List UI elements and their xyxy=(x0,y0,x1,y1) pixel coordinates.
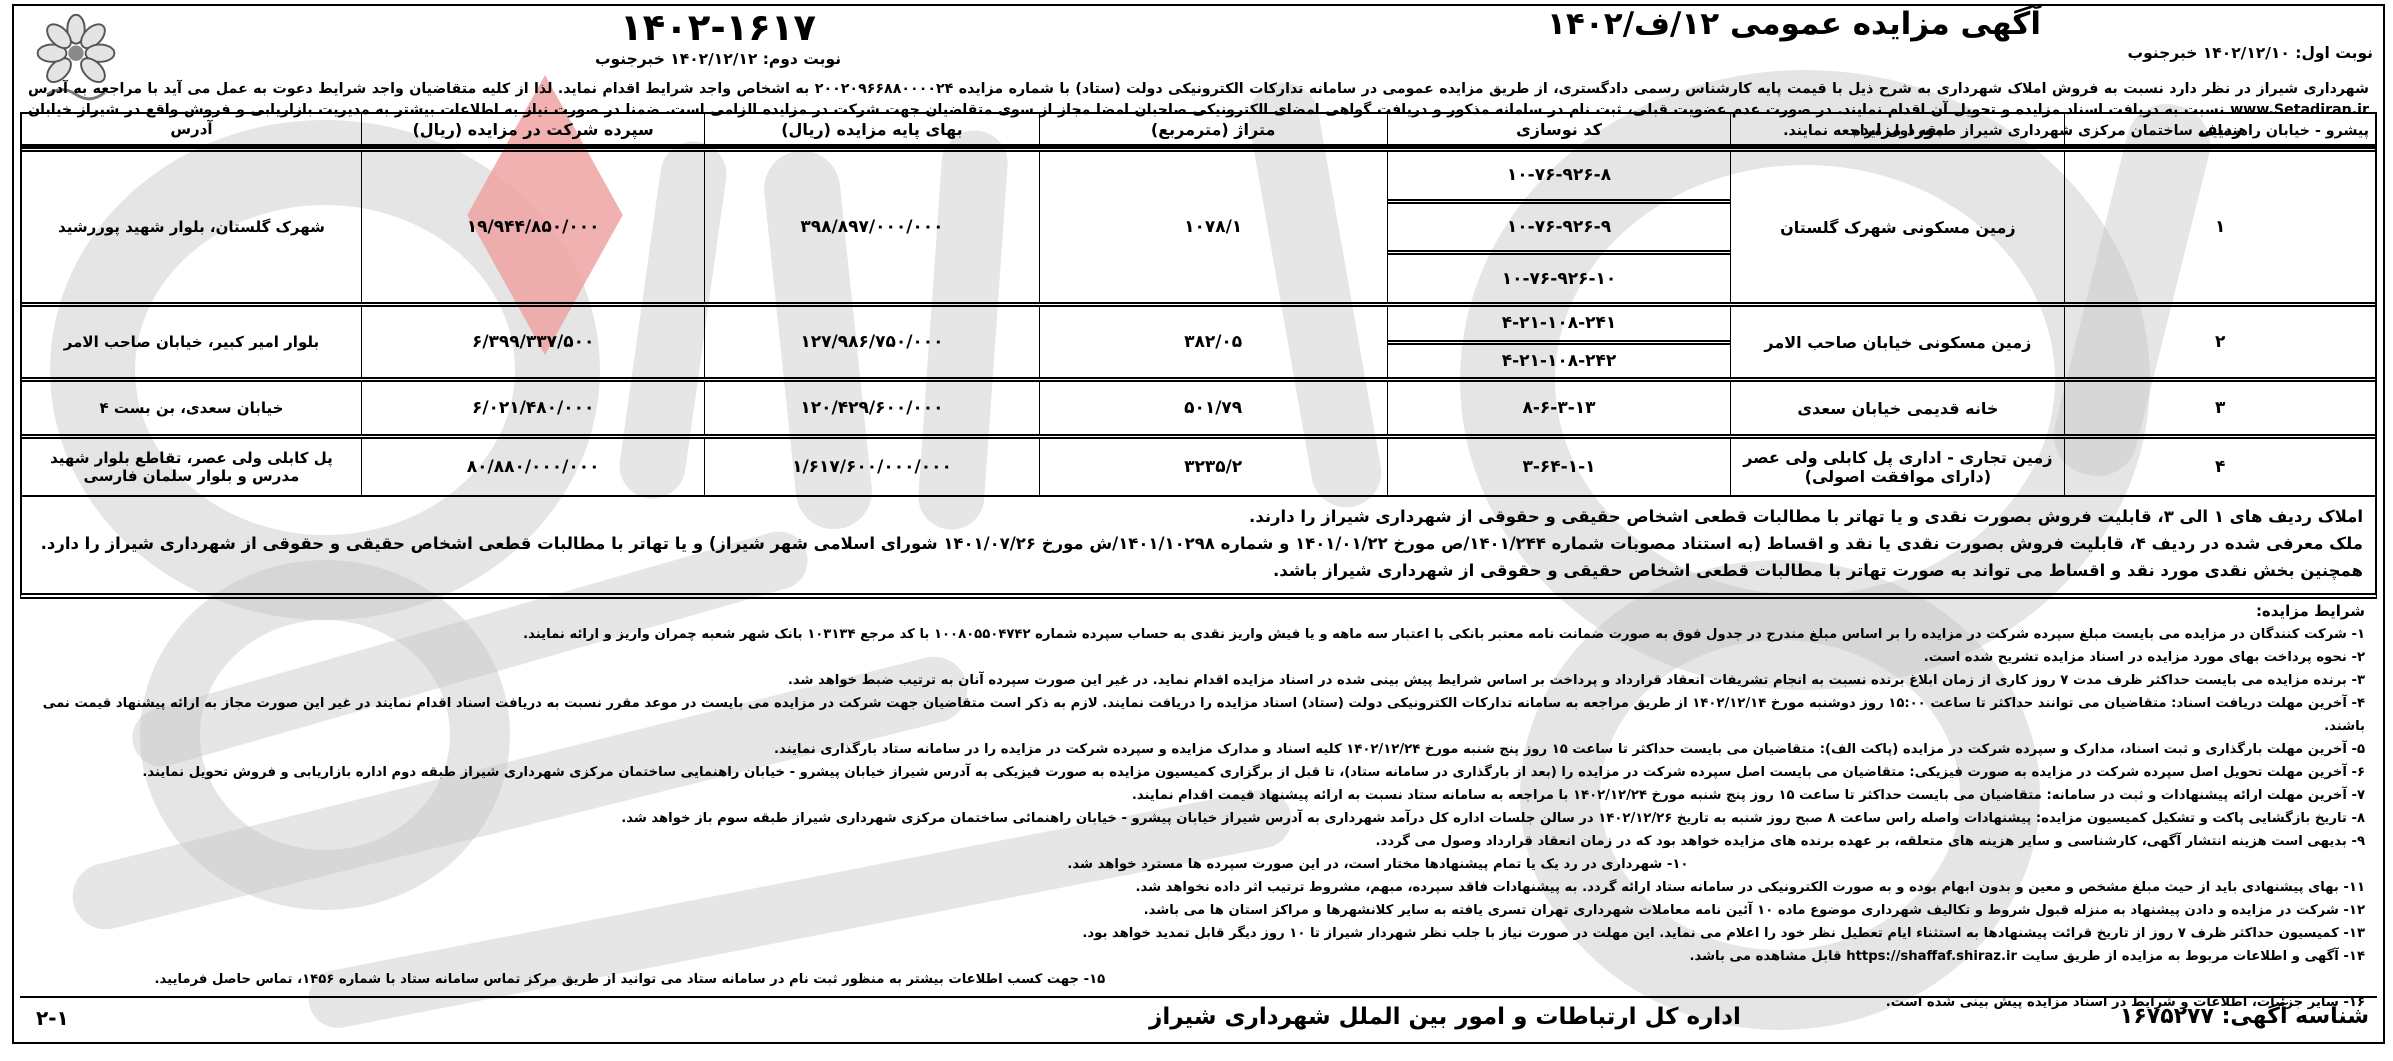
col-header-item: مورد مزایده xyxy=(1730,114,2064,144)
conditions-heading: شرایط مزایده: xyxy=(32,600,2365,623)
renovation-code: ۱۰-۷۶-۹۲۶-۸ xyxy=(1388,152,1731,199)
condition-item: ۶- آخرین مهلت تحویل اصل سپرده شرکت در مز… xyxy=(32,761,2365,784)
auction-item: زمین مسکونی خیابان صاحب الامر xyxy=(1730,307,2064,377)
deposit-value: ۶/۰۲۱/۴۸۰/۰۰۰ xyxy=(472,398,594,418)
renovation-code: ۱۰-۷۶-۹۲۶-۹ xyxy=(1388,199,1731,251)
renovation-code: ۳-۶۴-۱-۱ xyxy=(1523,457,1596,477)
base-price-value: ۳۹۸/۸۹۷/۰۰۰/۰۰۰ xyxy=(800,217,943,237)
first-run-date: نوبت اول: ۱۴۰۲/۱۲/۱۰ خبرجنوب xyxy=(2128,44,2374,62)
auction-ad: نوبت اول: ۱۴۰۲/۱۲/۱۰ خبرجنوب آگهی مزایده… xyxy=(12,4,2385,1044)
condition-item: ۱۲- شرکت در مزایده و دادن پیشنهاد به منز… xyxy=(32,899,2365,922)
renovation-codes: ۱۰-۷۶-۹۲۶-۸ ۱۰-۷۶-۹۲۶-۹ ۱۰-۷۶-۹۲۶-۱۰ xyxy=(1387,152,1731,302)
condition-item: ۷- آخرین مهلت ارائه پیشنهادات و ثبت در س… xyxy=(32,784,2365,807)
note-line: همچنین بخش نقدی مورد نقد و اقساط می توان… xyxy=(34,557,2363,584)
condition-item: ۹- بدیهی است هزینه انتشار آگهی، کارشناسی… xyxy=(32,830,2365,853)
address-value: بلوار امیر کبیر، خیابان صاحب الامر xyxy=(22,307,361,377)
deposit-value: ۸۰/۸۸۰/۰۰۰/۰۰۰ xyxy=(467,457,600,477)
base-price-value: ۱/۶۱۷/۶۰۰/۰۰۰/۰۰۰ xyxy=(792,457,952,477)
newspaper-ad-page: نوبت اول: ۱۴۰۲/۱۲/۱۰ خبرجنوب آگهی مزایده… xyxy=(0,0,2393,1061)
sale-notes: املاک ردیف های ۱ الی ۳، قابلیت فروش بصور… xyxy=(20,496,2377,599)
note-line: املاک ردیف های ۱ الی ۳، قابلیت فروش بصور… xyxy=(34,503,2363,530)
row-number: ۲ xyxy=(2064,307,2375,377)
auction-item-line1: زمین تجاری - اداری پل کابلی ولی عصر xyxy=(1743,448,2052,467)
base-price-value: ۱۲۰/۴۲۹/۶۰۰/۰۰۰ xyxy=(800,398,943,418)
deposit-value: ۱۹/۹۴۴/۸۵۰/۰۰۰ xyxy=(467,217,600,237)
page-number: ۲-۱ xyxy=(36,1006,69,1030)
col-header-base-price: بهای پایه مزایده (ریال) xyxy=(704,114,1038,144)
condition-item: ۱۵- جهت کسب اطلاعات بیشتر به منظور ثبت ن… xyxy=(32,968,1105,991)
condition-item: ۲- نحوه پرداخت بهای مورد مزایده در اسناد… xyxy=(32,646,2365,669)
issuing-department: اداره کل ارتباطات و امور بین الملل شهردا… xyxy=(970,1004,1920,1030)
condition-item: ۵- آخرین مهلت بارگذاری و ثبت اسناد، مدار… xyxy=(32,738,2365,761)
renovation-code: ۴-۲۱-۱۰۸-۲۴۲ xyxy=(1388,340,1731,378)
area-value: ۳۸۲/۰۵ xyxy=(1184,332,1242,352)
auction-item: زمین مسکونی شهرک گلستان xyxy=(1730,152,2064,302)
area-value: ۱۰۷۸/۱ xyxy=(1184,217,1242,237)
area-value: ۵۰۱/۷۹ xyxy=(1184,398,1242,418)
table-header-row: ردیف مورد مزایده کد نوسازی متراژ (مترمرب… xyxy=(22,114,2375,147)
auction-item: زمین تجاری - اداری پل کابلی ولی عصر (دار… xyxy=(1730,439,2064,495)
table-row: ۴ زمین تجاری - اداری پل کابلی ولی عصر (د… xyxy=(22,434,2375,495)
row-number: ۳ xyxy=(2064,382,2375,434)
auction-conditions: شرایط مزایده: ۱- شرکت کنندگان در مزایده … xyxy=(20,598,2377,1016)
condition-item: ۱۳- کمیسیون حداکثر ظرف ۷ روز از تاریخ قر… xyxy=(32,922,2365,945)
col-header-area: متراژ (مترمربع) xyxy=(1039,114,1387,144)
renovation-code: ۸-۶-۳-۱۳ xyxy=(1523,398,1596,418)
auction-table: ردیف مورد مزایده کد نوسازی متراژ (مترمرب… xyxy=(20,112,2377,497)
condition-item: ۳- برنده مزایده می بایست حداکثر ظرف مدت … xyxy=(32,669,2365,692)
condition-item: ۴- آخرین مهلت دریافت اسناد: متقاضیان می … xyxy=(32,692,2365,738)
address-value: خیابان سعدی، بن بست ۴ xyxy=(22,382,361,434)
col-header-deposit: سپرده شرکت در مزایده (ریال) xyxy=(361,114,705,144)
col-header-address: آدرس xyxy=(22,114,361,144)
note-line: ملک معرفی شده در ردیف ۴، قابلیت فروش بصو… xyxy=(34,530,2363,557)
renovation-code: ۴-۲۱-۱۰۸-۲۴۱ xyxy=(1388,307,1731,340)
row-number: ۱ xyxy=(2064,152,2375,302)
area-value: ۳۲۳۵/۲ xyxy=(1184,457,1242,477)
col-header-row: ردیف xyxy=(2064,114,2375,144)
deposit-value: ۶/۳۹۹/۳۳۷/۵۰۰ xyxy=(472,332,594,352)
renovation-codes: ۴-۲۱-۱۰۸-۲۴۱ ۴-۲۱-۱۰۸-۲۴۲ xyxy=(1387,307,1731,377)
ad-footer: شناسه آگهی: ۱۶۷۵۲۷۷ اداره کل ارتباطات و … xyxy=(20,996,2377,1040)
condition-item: ۱- شرکت کنندگان در مزایده می بایست مبلغ … xyxy=(32,623,2365,646)
condition-item: ۱۰- شهرداری در رد یک یا تمام پیشنهادها م… xyxy=(32,853,1688,876)
ad-number: ۱۴۰۲-۱۶۱۷ xyxy=(418,6,1018,49)
base-price-value: ۱۲۷/۹۸۶/۷۵۰/۰۰۰ xyxy=(800,332,943,352)
condition-item: ۱۴- آگهی و اطلاعات مربوط به مزایده از طر… xyxy=(32,945,2365,968)
address-value: شهرک گلستان، بلوار شهید پوررشید xyxy=(22,152,361,302)
auction-item: خانه قدیمی خیابان سعدی xyxy=(1730,382,2064,434)
table-row: ۲ زمین مسکونی خیابان صاحب الامر ۴-۲۱-۱۰۸… xyxy=(22,302,2375,377)
col-header-code: کد نوسازی xyxy=(1387,114,1731,144)
condition-item: ۸- تاریخ بازگشایی پاکت و تشکیل کمیسیون م… xyxy=(32,807,2365,830)
renovation-code: ۱۰-۷۶-۹۲۶-۱۰ xyxy=(1388,250,1731,302)
address-value: پل کابلی ولی عصر، تقاطع بلوار شهید مدرس … xyxy=(22,439,361,495)
auction-item-line2: (دارای موافقت اصولی) xyxy=(1805,467,1991,486)
second-run-date: نوبت دوم: ۱۴۰۲/۱۲/۱۲ خبرجنوب xyxy=(418,50,1018,68)
ad-title: آگهی مزایده عمومی ۱۲/ف/۱۴۰۲ xyxy=(1514,6,2074,42)
condition-item: ۱۱- بهای پیشنهادی باید از حیث مبلغ مشخص … xyxy=(32,876,2365,899)
ad-id: شناسه آگهی: ۱۶۷۵۲۷۷ xyxy=(2120,1004,2369,1029)
table-row: ۳ خانه قدیمی خیابان سعدی ۸-۶-۳-۱۳ ۵۰۱/۷۹… xyxy=(22,377,2375,434)
table-row: ۱ زمین مسکونی شهرک گلستان ۱۰-۷۶-۹۲۶-۸ ۱۰… xyxy=(22,147,2375,302)
row-number: ۴ xyxy=(2064,439,2375,495)
